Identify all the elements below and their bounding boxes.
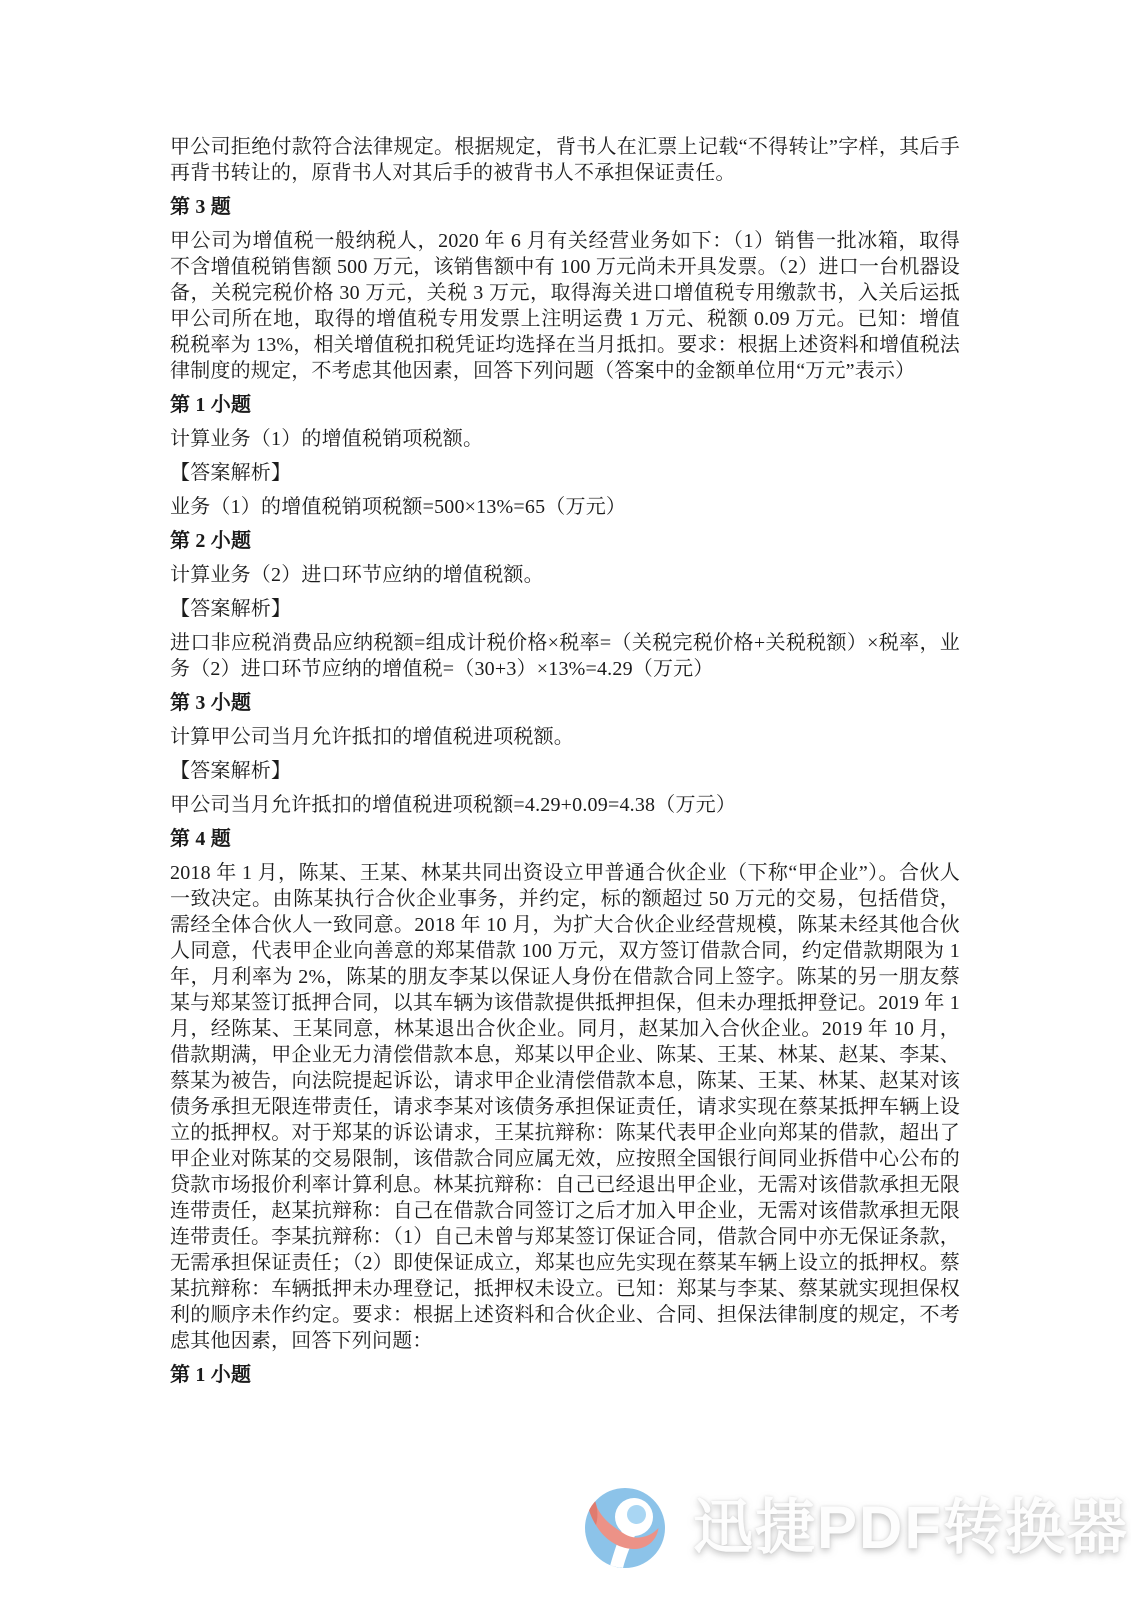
paragraph: 甲公司拒绝付款符合法律规定。根据规定，背书人在汇票上记载“不得转让”字样，其后手… xyxy=(170,134,960,186)
document-content: 甲公司拒绝付款符合法律规定。根据规定，背书人在汇票上记载“不得转让”字样，其后手… xyxy=(170,134,960,1396)
section-heading: 第 1 小题 xyxy=(170,392,960,418)
section-heading: 第 3 小题 xyxy=(170,690,960,716)
paragraph: 进口非应税消费品应纳税额=组成计税价格×税率=（关税完税价格+关税税额）×税率，… xyxy=(170,630,960,682)
watermark-text: 迅捷PDF转换器 xyxy=(693,1486,1129,1570)
paragraph: 计算业务（2）进口环节应纳的增值税额。 xyxy=(170,562,960,588)
answer-analysis-label: 【答案解析】 xyxy=(170,460,960,486)
paragraph: 甲公司当月允许抵扣的增值税进项税额=4.29+0.09=4.38（万元） xyxy=(170,792,960,818)
paragraph: 计算业务（1）的增值税销项税额。 xyxy=(170,426,960,452)
answer-analysis-label: 【答案解析】 xyxy=(170,758,960,784)
section-heading: 第 2 小题 xyxy=(170,528,960,554)
watermark: 迅捷PDF转换器 xyxy=(583,1486,1129,1570)
section-heading: 第 3 题 xyxy=(170,194,960,220)
paragraph: 业务（1）的增值税销项税额=500×13%=65（万元） xyxy=(170,494,960,520)
paragraph: 甲公司为增值税一般纳税人，2020 年 6 月有关经营业务如下：（1）销售一批冰… xyxy=(170,228,960,384)
pdf-converter-logo-icon xyxy=(583,1486,667,1570)
paragraph: 2018 年 1 月，陈某、王某、林某共同出资设立甲普通合伙企业（下称“甲企业”… xyxy=(170,860,960,1354)
pdf-document-page: 甲公司拒绝付款符合法律规定。根据规定，背书人在汇票上记载“不得转让”字样，其后手… xyxy=(0,0,1131,1600)
paragraph: 计算甲公司当月允许抵扣的增值税进项税额。 xyxy=(170,724,960,750)
answer-analysis-label: 【答案解析】 xyxy=(170,596,960,622)
section-heading: 第 4 题 xyxy=(170,826,960,852)
section-heading: 第 1 小题 xyxy=(170,1362,960,1388)
